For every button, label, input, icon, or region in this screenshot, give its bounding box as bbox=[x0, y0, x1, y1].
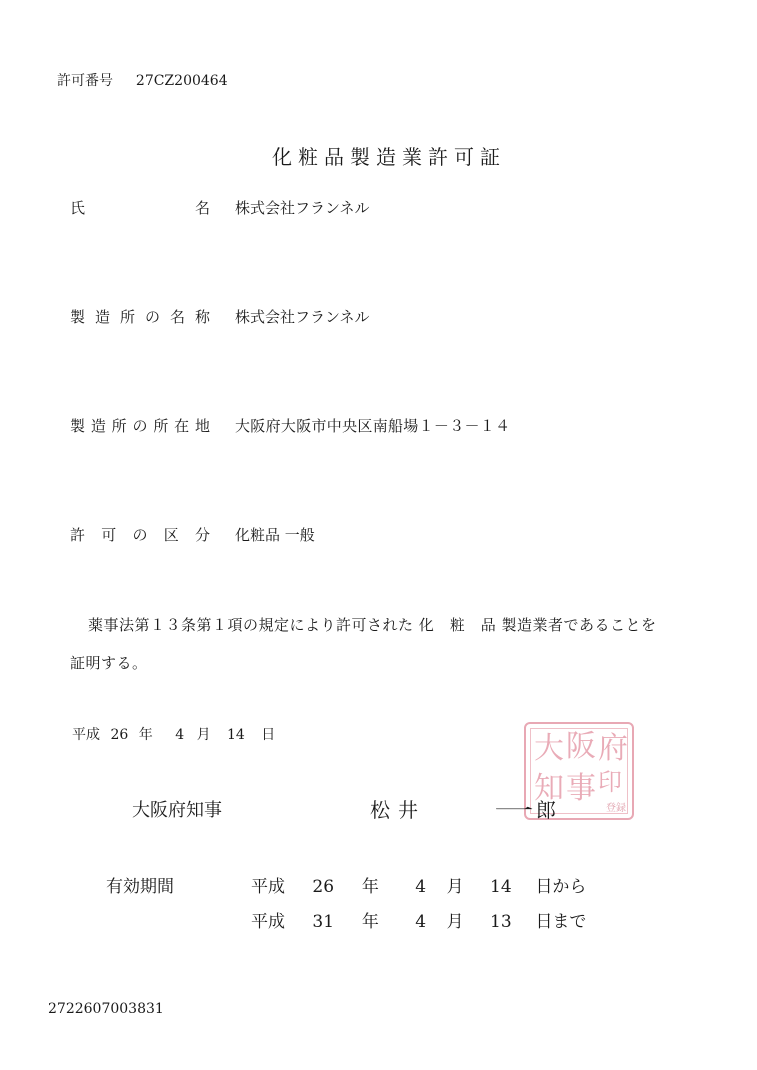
factory-name-value: 株式会社フランネル bbox=[235, 306, 370, 327]
issue-year-unit: 年 bbox=[139, 727, 153, 743]
from-suffix: 日から bbox=[535, 872, 586, 897]
issue-year: 26 bbox=[110, 727, 128, 743]
to-era: 平成 bbox=[251, 907, 307, 932]
to-month-unit: 月 bbox=[447, 907, 485, 932]
issue-era: 平成 bbox=[72, 727, 100, 743]
from-era: 平成 bbox=[251, 872, 307, 897]
to-suffix: 日まで bbox=[535, 907, 586, 932]
governor-title: 大阪府知事 bbox=[132, 796, 222, 822]
to-year: 31 bbox=[312, 912, 356, 932]
factory-address-label: 製造所の所在地 bbox=[70, 415, 210, 436]
to-day: 13 bbox=[490, 912, 530, 932]
validity-label: 有効期間 bbox=[106, 872, 174, 897]
seal-char: 大 bbox=[534, 734, 564, 764]
permit-number-label: 許可番号 bbox=[57, 73, 113, 89]
from-year: 26 bbox=[312, 877, 356, 897]
given-name-char-2: 郎 bbox=[536, 798, 556, 822]
certification-line-1: 薬事法第１３条第１項の規定により許可された 化 粧 品 製造業者であることを bbox=[88, 614, 657, 635]
factory-address-value: 大阪府大阪市中央区南船場１－３－１４ bbox=[235, 415, 510, 436]
field-name-label: 氏 名 bbox=[70, 197, 210, 218]
from-month: 4 bbox=[415, 877, 441, 897]
issue-day-unit: 日 bbox=[261, 727, 275, 743]
field-name-value: 株式会社フランネル bbox=[235, 197, 370, 218]
issue-month-unit: 月 bbox=[197, 727, 211, 743]
from-day: 14 bbox=[490, 877, 530, 897]
from-year-unit: 年 bbox=[362, 872, 410, 897]
field-name-row: 氏 名 bbox=[70, 197, 210, 218]
governor-given-name: 一郎 bbox=[494, 794, 556, 823]
given-name-char-1: 一 bbox=[494, 794, 534, 823]
permit-category-row: 許可の区分 bbox=[70, 524, 210, 545]
to-month: 4 bbox=[415, 912, 441, 932]
issue-month: 4 bbox=[175, 727, 184, 743]
seal-char: 阪 bbox=[566, 732, 596, 762]
document-code: 2722607003831 bbox=[48, 1001, 164, 1017]
factory-name-row: 製造所の名称 bbox=[70, 306, 210, 327]
permit-category-value: 化粧品 一般 bbox=[235, 524, 315, 545]
certification-line-2: 証明する。 bbox=[70, 652, 148, 673]
seal-char: 事 bbox=[566, 774, 596, 804]
factory-address-row: 製造所の所在地 bbox=[70, 415, 210, 436]
seal-small-text: 登録 bbox=[606, 799, 626, 814]
permit-number: 許可番号 27CZ200464 bbox=[57, 70, 228, 90]
permit-category-label: 許可の区分 bbox=[70, 524, 210, 545]
from-month-unit: 月 bbox=[447, 872, 485, 897]
issue-day: 14 bbox=[227, 727, 245, 743]
document-title: 化粧品製造業許可証 bbox=[272, 141, 506, 170]
permit-number-value: 27CZ200464 bbox=[136, 73, 228, 89]
seal-char: 府 bbox=[598, 734, 628, 764]
seal-char: 印 bbox=[598, 770, 622, 794]
factory-name-label: 製造所の名称 bbox=[70, 306, 210, 327]
governor-surname: 松井 bbox=[370, 794, 426, 823]
validity-from: 平成 26 年 4 月 14 日から bbox=[251, 872, 586, 897]
issue-date: 平成 26 年 4 月 14 日 bbox=[72, 724, 275, 744]
validity-to: 平成 31 年 4 月 13 日まで bbox=[251, 907, 586, 932]
to-year-unit: 年 bbox=[362, 907, 410, 932]
